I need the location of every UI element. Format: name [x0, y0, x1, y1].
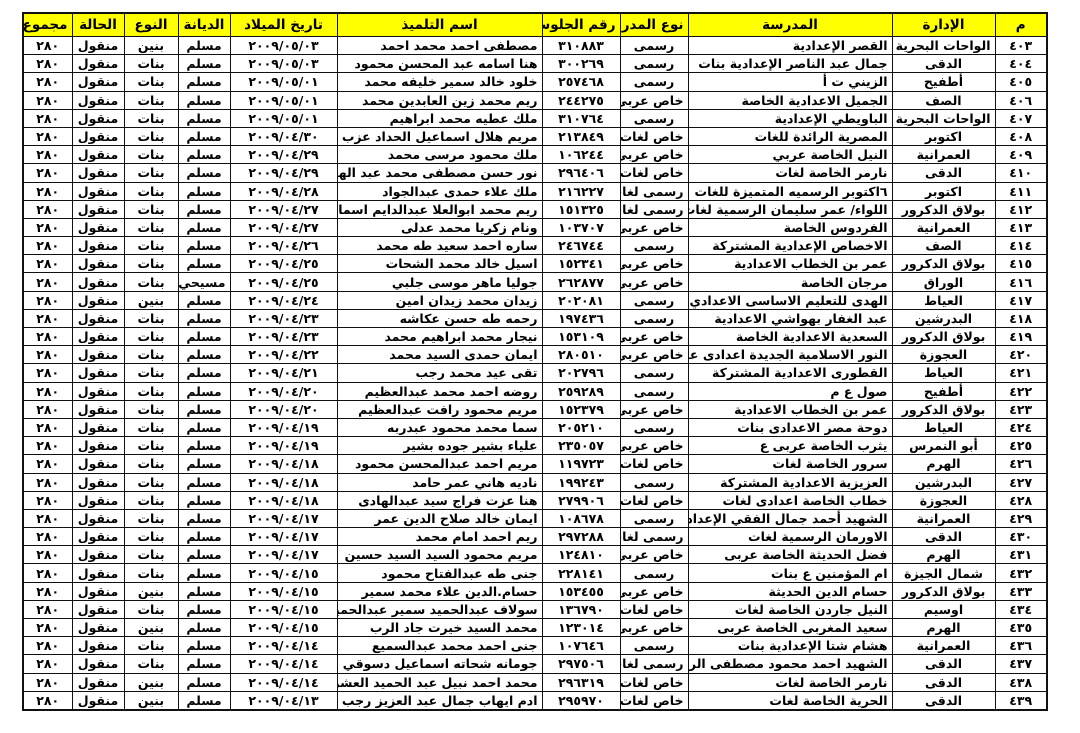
cell-religion: مسيحي	[178, 273, 230, 291]
cell-status: منقول	[72, 655, 124, 673]
cell-school-type: رسمى	[620, 564, 688, 582]
cell-serial: ٤٠٩	[995, 146, 1047, 164]
cell-serial: ٤٢٧	[995, 473, 1047, 491]
cell-birth-date: ٢٠٠٩/٠٥/٠٣	[230, 55, 337, 73]
cell-religion: مسلم	[178, 127, 230, 145]
table-row: ٤٣٣بولاق الدكرورحسام الدين الحديثةخاص عر…	[23, 582, 1047, 600]
cell-student-name: ريم احمد امام محمد	[337, 528, 542, 546]
cell-serial: ٤٣٨	[995, 673, 1047, 691]
cell-status: منقول	[72, 400, 124, 418]
cell-student-name: جنى طه عبدالفتاح محمود	[337, 564, 542, 582]
cell-administration: العمرانية	[892, 509, 995, 527]
cell-birth-date: ٢٠٠٩/٠٤/١٣	[230, 691, 337, 710]
cell-gender: بنات	[124, 418, 178, 436]
cell-serial: ٤٢٦	[995, 455, 1047, 473]
cell-administration: العمرانية	[892, 218, 995, 236]
results-sheet: م الإدارة المدرسة نوع المدرسة رقم الجلوس…	[22, 12, 1046, 711]
cell-total: ٢٨٠	[23, 600, 72, 618]
cell-school: القصر الإعدادية	[688, 37, 892, 55]
table-row: ٤٣١الهرمفضل الحديثة الخاصة عربىخاص عربى١…	[23, 546, 1047, 564]
cell-student-name: ملك عطيه محمد ابراهيم	[337, 109, 542, 127]
cell-gender: بنات	[124, 218, 178, 236]
cell-serial: ٤٣٥	[995, 619, 1047, 637]
cell-status: منقول	[72, 637, 124, 655]
cell-gender: بنين	[124, 691, 178, 710]
cell-birth-date: ٢٠٠٩/٠٥/٠١	[230, 109, 337, 127]
cell-religion: مسلم	[178, 619, 230, 637]
cell-school: هشام شتا الإعدادية بنات	[688, 637, 892, 655]
cell-status: منقول	[72, 164, 124, 182]
cell-administration: الدقى	[892, 164, 995, 182]
cell-status: منقول	[72, 273, 124, 291]
cell-gender: بنين	[124, 37, 178, 55]
cell-school: الباويطي الإعدادية	[688, 109, 892, 127]
cell-seat-number: ١٠٦٢٤٤	[542, 146, 620, 164]
cell-status: منقول	[72, 37, 124, 55]
cell-administration: الواحات البحرية	[892, 109, 995, 127]
cell-status: منقول	[72, 546, 124, 564]
cell-school-type: خاص عربى	[620, 328, 688, 346]
cell-serial: ٤٢٢	[995, 382, 1047, 400]
cell-school: اللواء/ عمر سليمان الرسمية لغات المتميزة	[688, 200, 892, 218]
table-row: ٤٠٦الصفالجميل الاعدادية الخاصةخاص عربى٢٤…	[23, 91, 1047, 109]
cell-student-name: جومانه شحاته اسماعيل دسوقي سباعي	[337, 655, 542, 673]
table-row: ٤١٠الدقىنارمر الخاصة لغاتخاص لغات٢٩٦٤٠٦ن…	[23, 164, 1047, 182]
cell-serial: ٤٣٦	[995, 637, 1047, 655]
table-row: ٤١١اكتوبر٦اكتوبر الرسميه المتميزة للغاتر…	[23, 182, 1047, 200]
cell-seat-number: ١٩٩٢٤٣	[542, 473, 620, 491]
cell-school: فضل الحديثة الخاصة عربى	[688, 546, 892, 564]
cell-birth-date: ٢٠٠٩/٠٤/٢٣	[230, 328, 337, 346]
cell-religion: مسلم	[178, 109, 230, 127]
cell-birth-date: ٢٠٠٩/٠٤/١٩	[230, 418, 337, 436]
cell-total: ٢٨٠	[23, 418, 72, 436]
cell-religion: مسلم	[178, 455, 230, 473]
cell-gender: بنات	[124, 546, 178, 564]
cell-student-name: مريم محمود رافت عبدالعظيم	[337, 400, 542, 418]
cell-total: ٢٨٠	[23, 218, 72, 236]
cell-birth-date: ٢٠٠٩/٠٤/١٧	[230, 546, 337, 564]
cell-student-name: ايمان حمدى السيد محمد	[337, 346, 542, 364]
cell-total: ٢٨٠	[23, 200, 72, 218]
cell-religion: مسلم	[178, 509, 230, 527]
cell-birth-date: ٢٠٠٩/٠٤/٢٩	[230, 164, 337, 182]
cell-religion: مسلم	[178, 564, 230, 582]
cell-status: منقول	[72, 382, 124, 400]
cell-total: ٢٨٠	[23, 382, 72, 400]
cell-school-type: رسمى	[620, 109, 688, 127]
cell-school-type: رسمى لغات	[620, 182, 688, 200]
header-student-name: اسم التلميذ	[337, 13, 542, 37]
cell-total: ٢٨٠	[23, 91, 72, 109]
cell-school-type: خاص لغات	[620, 600, 688, 618]
table-row: ٤٠٣الواحات البحريةالقصر الإعداديةرسمى٣١٠…	[23, 37, 1047, 55]
cell-school: النيل الخاصة عربي	[688, 146, 892, 164]
cell-student-name: نيجار محمد ابراهيم محمد	[337, 328, 542, 346]
cell-serial: ٤١١	[995, 182, 1047, 200]
cell-gender: بنين	[124, 619, 178, 637]
cell-status: منقول	[72, 509, 124, 527]
cell-seat-number: ٢٩٧٢٨٨	[542, 528, 620, 546]
cell-school-type: خاص عربى	[620, 437, 688, 455]
cell-birth-date: ٢٠٠٩/٠٤/١٥	[230, 619, 337, 637]
cell-school-type: رسمى	[620, 473, 688, 491]
cell-school: الزيني ت أ	[688, 73, 892, 91]
cell-school-type: خاص عربى	[620, 582, 688, 600]
cell-seat-number: ٢٥٧٤٦٨	[542, 73, 620, 91]
cell-seat-number: ٢٤٤٢٧٥	[542, 91, 620, 109]
cell-status: منقول	[72, 491, 124, 509]
cell-religion: مسلم	[178, 691, 230, 710]
cell-school-type: رسمى لغات	[620, 655, 688, 673]
cell-gender: بنات	[124, 255, 178, 273]
cell-birth-date: ٢٠٠٩/٠٤/٢٣	[230, 309, 337, 327]
cell-seat-number: ٢٩٧٥٠٦	[542, 655, 620, 673]
cell-seat-number: ١٥٢٣٤١	[542, 255, 620, 273]
cell-status: منقول	[72, 127, 124, 145]
cell-serial: ٤٣١	[995, 546, 1047, 564]
cell-seat-number: ١٠٧٦٤٦	[542, 637, 620, 655]
cell-birth-date: ٢٠٠٩/٠٤/٢٤	[230, 291, 337, 309]
cell-religion: مسلم	[178, 73, 230, 91]
cell-serial: ٤١٨	[995, 309, 1047, 327]
cell-status: منقول	[72, 200, 124, 218]
cell-school-type: خاص عربى	[620, 273, 688, 291]
cell-serial: ٤٢٩	[995, 509, 1047, 527]
table-row: ٤٢٠العجوزةالنور الاسلامية الجديدة اعدادى…	[23, 346, 1047, 364]
cell-school: ٦اكتوبر الرسميه المتميزة للغات	[688, 182, 892, 200]
cell-serial: ٤٣٣	[995, 582, 1047, 600]
cell-school: عبد الغفار بهواشي الاعدادية	[688, 309, 892, 327]
table-row: ٤٢٥أبو النمرسيثرب الخاصة عربى عخاص عربى٢…	[23, 437, 1047, 455]
cell-student-name: هنا اسامه عبد المحسن محمود	[337, 55, 542, 73]
cell-status: منقول	[72, 146, 124, 164]
cell-school-type: خاص لغات	[620, 673, 688, 691]
cell-birth-date: ٢٠٠٩/٠٤/١٧	[230, 528, 337, 546]
cell-administration: بولاق الدكرور	[892, 582, 995, 600]
cell-administration: أطفيح	[892, 382, 995, 400]
cell-school-type: خاص عربى	[620, 255, 688, 273]
cell-religion: مسلم	[178, 400, 230, 418]
cell-student-name: سما محمد محمود عبدربه	[337, 418, 542, 436]
cell-total: ٢٨٠	[23, 182, 72, 200]
cell-birth-date: ٢٠٠٩/٠٤/١٤	[230, 673, 337, 691]
cell-seat-number: ٢٦٢٨٧٧	[542, 273, 620, 291]
cell-administration: شمال الجيزة	[892, 564, 995, 582]
cell-birth-date: ٢٠٠٩/٠٤/١٤	[230, 655, 337, 673]
cell-school-type: رسمى لغات	[620, 200, 688, 218]
cell-school: الحرية الخاصة لغات	[688, 691, 892, 710]
cell-religion: مسلم	[178, 91, 230, 109]
cell-seat-number: ١٥١٣٢٥	[542, 200, 620, 218]
cell-administration: العجوزة	[892, 346, 995, 364]
cell-birth-date: ٢٠٠٩/٠٤/١٨	[230, 491, 337, 509]
cell-school: نارمر الخاصة لغات	[688, 164, 892, 182]
table-row: ٤٣٤اوسيمالنيل جاردن الخاصة لغاتخاص لغات١…	[23, 600, 1047, 618]
cell-school-type: رسمى	[620, 237, 688, 255]
cell-total: ٢٨٠	[23, 509, 72, 527]
cell-student-name: ملك محمود مرسى محمد	[337, 146, 542, 164]
table-body: ٤٠٣الواحات البحريةالقصر الإعداديةرسمى٣١٠…	[23, 37, 1047, 710]
cell-total: ٢٨٠	[23, 437, 72, 455]
cell-status: منقول	[72, 328, 124, 346]
table-row: ٤٠٤الدقىجمال عبد الناصر الإعدادية بناترس…	[23, 55, 1047, 73]
cell-school: عمر بن الخطاب الاعدادية	[688, 255, 892, 273]
cell-serial: ٤٢٥	[995, 437, 1047, 455]
cell-serial: ٤٢١	[995, 364, 1047, 382]
cell-birth-date: ٢٠٠٩/٠٤/٣٠	[230, 127, 337, 145]
cell-birth-date: ٢٠٠٩/٠٤/٢٥	[230, 255, 337, 273]
cell-gender: بنات	[124, 55, 178, 73]
table-row: ٤٠٧الواحات البحريةالباويطي الإعداديةرسمى…	[23, 109, 1047, 127]
cell-school-type: خاص عربى	[620, 546, 688, 564]
cell-administration: أطفيح	[892, 73, 995, 91]
cell-status: منقول	[72, 237, 124, 255]
cell-total: ٢٨٠	[23, 255, 72, 273]
cell-total: ٢٨٠	[23, 55, 72, 73]
table-row: ٤٢٩العمرانيةالشهيد أحمد جمال الفقي الإعد…	[23, 509, 1047, 527]
table-row: ٤٠٨اكتوبرالمصرية الرائدة للغاتخاص لغات٢١…	[23, 127, 1047, 145]
cell-school-type: خاص عربى	[620, 619, 688, 637]
cell-gender: بنات	[124, 328, 178, 346]
cell-religion: مسلم	[178, 164, 230, 182]
cell-status: منقول	[72, 418, 124, 436]
cell-seat-number: ١٠٨٦٧٨	[542, 509, 620, 527]
cell-school: السعدية الاعدادية الخاصة	[688, 328, 892, 346]
table-row: ٤١٩بولاق الدكرورالسعدية الاعدادية الخاصة…	[23, 328, 1047, 346]
cell-gender: بنات	[124, 73, 178, 91]
header-total: مجموع	[23, 13, 72, 37]
cell-religion: مسلم	[178, 418, 230, 436]
cell-administration: اكتوبر	[892, 182, 995, 200]
cell-gender: بنات	[124, 146, 178, 164]
cell-total: ٢٨٠	[23, 528, 72, 546]
cell-student-name: مريم هلال اسماعيل الحداد عزب	[337, 127, 542, 145]
cell-serial: ٤٣٧	[995, 655, 1047, 673]
cell-school-type: خاص عربى	[620, 346, 688, 364]
cell-serial: ٤١٩	[995, 328, 1047, 346]
cell-serial: ٤٣٤	[995, 600, 1047, 618]
cell-student-name: مريم احمد عبدالمحسن محمود	[337, 455, 542, 473]
cell-total: ٢٨٠	[23, 328, 72, 346]
header-row: م الإدارة المدرسة نوع المدرسة رقم الجلوس…	[23, 13, 1047, 37]
cell-serial: ٤٢٣	[995, 400, 1047, 418]
cell-school: الفردوس الخاصة	[688, 218, 892, 236]
cell-serial: ٤١٦	[995, 273, 1047, 291]
cell-religion: مسلم	[178, 255, 230, 273]
cell-total: ٢٨٠	[23, 637, 72, 655]
cell-school: نارمر الخاصة لغات	[688, 673, 892, 691]
cell-status: منقول	[72, 619, 124, 637]
cell-school: عمر بن الخطاب الاعدادية	[688, 400, 892, 418]
cell-seat-number: ١٥٣١٠٩	[542, 328, 620, 346]
cell-total: ٢٨٠	[23, 291, 72, 309]
cell-religion: مسلم	[178, 200, 230, 218]
cell-status: منقول	[72, 582, 124, 600]
table-row: ٤١٥بولاق الدكرورعمر بن الخطاب الاعداديةخ…	[23, 255, 1047, 273]
cell-school-type: رسمى	[620, 418, 688, 436]
cell-religion: مسلم	[178, 37, 230, 55]
cell-religion: مسلم	[178, 364, 230, 382]
cell-school: المصرية الرائدة للغات	[688, 127, 892, 145]
cell-administration: العياط	[892, 291, 995, 309]
cell-school: مرجان الخاصة	[688, 273, 892, 291]
cell-status: منقول	[72, 55, 124, 73]
cell-total: ٢٨٠	[23, 127, 72, 145]
cell-gender: بنات	[124, 473, 178, 491]
cell-birth-date: ٢٠٠٩/٠٤/١٨	[230, 455, 337, 473]
cell-religion: مسلم	[178, 182, 230, 200]
cell-seat-number: ١١٩٧٢٣	[542, 455, 620, 473]
cell-gender: بنين	[124, 673, 178, 691]
cell-student-name: ادم ايهاب جمال عبد العزيز رجب	[337, 691, 542, 710]
cell-seat-number: ٢٥٩٢٨٩	[542, 382, 620, 400]
table-row: ٤٠٥أطفيحالزيني ت أرسمى٢٥٧٤٦٨خلود خالد سم…	[23, 73, 1047, 91]
cell-seat-number: ٣١٠٧٦٤	[542, 109, 620, 127]
table-row: ٤٣٥الهرمسعيد المغربى الخاصة عربىخاص عربى…	[23, 619, 1047, 637]
cell-administration: الهرم	[892, 619, 995, 637]
cell-birth-date: ٢٠٠٩/٠٤/١٧	[230, 509, 337, 527]
cell-religion: مسلم	[178, 382, 230, 400]
cell-student-name: مريم محمود السيد السيد حسين	[337, 546, 542, 564]
cell-school: يثرب الخاصة عربى ع	[688, 437, 892, 455]
cell-total: ٢٨٠	[23, 582, 72, 600]
cell-school: الجميل الاعدادية الخاصة	[688, 91, 892, 109]
cell-total: ٢٨٠	[23, 146, 72, 164]
cell-seat-number: ٢١٣٨٤٩	[542, 127, 620, 145]
cell-school-type: خاص لغات	[620, 491, 688, 509]
cell-status: منقول	[72, 564, 124, 582]
header-serial: م	[995, 13, 1047, 37]
cell-birth-date: ٢٠٠٩/٠٥/٠١	[230, 91, 337, 109]
cell-administration: الهرم	[892, 546, 995, 564]
cell-gender: بنات	[124, 437, 178, 455]
cell-seat-number: ١٢٤٨١٠	[542, 546, 620, 564]
cell-student-name: محمد السيد خيرت جاد الرب	[337, 619, 542, 637]
cell-student-name: خلود خالد سمير خليفه محمد	[337, 73, 542, 91]
table-row: ٤١٢بولاق الدكروراللواء/ عمر سليمان الرسم…	[23, 200, 1047, 218]
cell-total: ٢٨٠	[23, 364, 72, 382]
cell-birth-date: ٢٠٠٩/٠٤/٢٠	[230, 382, 337, 400]
cell-student-name: نور حسن مصطفى محمد عبد الهادى	[337, 164, 542, 182]
cell-status: منقول	[72, 309, 124, 327]
cell-school-type: رسمى	[620, 291, 688, 309]
cell-gender: بنات	[124, 200, 178, 218]
cell-status: منقول	[72, 218, 124, 236]
table-row: ٤٢٧البدرشينالعزيزية الاعدادية المشتركةرس…	[23, 473, 1047, 491]
cell-school-type: رسمى	[620, 364, 688, 382]
cell-student-name: رحمه طه حسن عكاشه	[337, 309, 542, 327]
cell-birth-date: ٢٠٠٩/٠٤/١٩	[230, 437, 337, 455]
cell-total: ٢٨٠	[23, 564, 72, 582]
table-row: ٤٣٦العمرانيةهشام شتا الإعدادية بناترسمى١…	[23, 637, 1047, 655]
cell-school-type: رسمى لغات	[620, 528, 688, 546]
table-row: ٤٠٩العمرانيةالنيل الخاصة عربيخاص عربى١٠٦…	[23, 146, 1047, 164]
table-row: ٤٢٦الهرمسرور الخاصة لغاتخاص لغات١١٩٧٢٣مر…	[23, 455, 1047, 473]
table-row: ٤٢٨العجوزةخطاب الخاصة اعدادى لغاتخاص لغا…	[23, 491, 1047, 509]
cell-total: ٢٨٠	[23, 73, 72, 91]
cell-school: ام المؤمنين ع بنات	[688, 564, 892, 582]
cell-religion: مسلم	[178, 528, 230, 546]
header-status: الحالة	[72, 13, 124, 37]
cell-birth-date: ٢٠٠٩/٠٥/٠٣	[230, 37, 337, 55]
cell-student-name: سولاف عبدالحميد سمير عبدالحميد	[337, 600, 542, 618]
cell-gender: بنات	[124, 600, 178, 618]
cell-administration: العياط	[892, 418, 995, 436]
cell-serial: ٤٠٥	[995, 73, 1047, 91]
cell-gender: بنات	[124, 400, 178, 418]
cell-status: منقول	[72, 528, 124, 546]
cell-school-type: خاص لغات	[620, 455, 688, 473]
cell-school-type: رسمى	[620, 509, 688, 527]
cell-school-type: رسمى	[620, 382, 688, 400]
cell-school: الاورمان الرسمية لغات	[688, 528, 892, 546]
cell-student-name: ملك علاء حمدى عبدالجواد	[337, 182, 542, 200]
cell-seat-number: ٢٠٢٠٨١	[542, 291, 620, 309]
cell-administration: بولاق الدكرور	[892, 400, 995, 418]
cell-school-type: خاص لغات	[620, 164, 688, 182]
cell-status: منقول	[72, 255, 124, 273]
cell-birth-date: ٢٠٠٩/٠٤/١٥	[230, 564, 337, 582]
cell-school: سرور الخاصة لغات	[688, 455, 892, 473]
cell-school: النور الاسلامية الجديدة اعدادى عربى	[688, 346, 892, 364]
cell-school: دوحة مصر الاعدادى بنات	[688, 418, 892, 436]
cell-school-type: رسمى	[620, 73, 688, 91]
cell-administration: الدقى	[892, 691, 995, 710]
table-row: ٤١٣العمرانيةالفردوس الخاصةخاص عربى١٠٣٧٠٧…	[23, 218, 1047, 236]
cell-administration: الدقى	[892, 55, 995, 73]
cell-seat-number: ٢١٦٢٢٧	[542, 182, 620, 200]
cell-gender: بنات	[124, 455, 178, 473]
cell-gender: بنات	[124, 528, 178, 546]
cell-gender: بنات	[124, 491, 178, 509]
cell-serial: ٤٢٤	[995, 418, 1047, 436]
cell-serial: ٤٣٩	[995, 691, 1047, 710]
cell-school-type: رسمى	[620, 55, 688, 73]
cell-seat-number: ٢٩٦٣١٩	[542, 673, 620, 691]
cell-administration: أبو النمرس	[892, 437, 995, 455]
cell-serial: ٤١٧	[995, 291, 1047, 309]
cell-administration: البدرشين	[892, 473, 995, 491]
cell-total: ٢٨٠	[23, 164, 72, 182]
cell-administration: اكتوبر	[892, 127, 995, 145]
cell-gender: بنات	[124, 164, 178, 182]
header-gender: النوع	[124, 13, 178, 37]
table-row: ٤١٦الوراقمرجان الخاصةخاص عربى٢٦٢٨٧٧جوليا…	[23, 273, 1047, 291]
cell-birth-date: ٢٠٠٩/٠٤/٢٩	[230, 146, 337, 164]
table-row: ٤٣٢شمال الجيزةام المؤمنين ع بناترسمى٢٢٨١…	[23, 564, 1047, 582]
cell-administration: العياط	[892, 364, 995, 382]
cell-birth-date: ٢٠٠٩/٠٤/٢٢	[230, 346, 337, 364]
cell-total: ٢٨٠	[23, 400, 72, 418]
cell-total: ٢٨٠	[23, 273, 72, 291]
cell-serial: ٤٠٤	[995, 55, 1047, 73]
cell-school-type: خاص لغات	[620, 691, 688, 710]
cell-total: ٢٨٠	[23, 691, 72, 710]
cell-gender: بنات	[124, 564, 178, 582]
cell-administration: بولاق الدكرور	[892, 200, 995, 218]
cell-birth-date: ٢٠٠٩/٠٤/٢٦	[230, 237, 337, 255]
cell-student-name: اسيل خالد محمد الشحات	[337, 255, 542, 273]
cell-gender: بنات	[124, 309, 178, 327]
cell-serial: ٤١٥	[995, 255, 1047, 273]
cell-seat-number: ٢٠٥٢١٠	[542, 418, 620, 436]
cell-serial: ٤٠٨	[995, 127, 1047, 145]
cell-seat-number: ٢٤٦٧٤٤	[542, 237, 620, 255]
cell-administration: البدرشين	[892, 309, 995, 327]
header-birth-date: تاريخ الميلاد	[230, 13, 337, 37]
cell-student-name: روضه احمد محمد عبدالعظيم	[337, 382, 542, 400]
